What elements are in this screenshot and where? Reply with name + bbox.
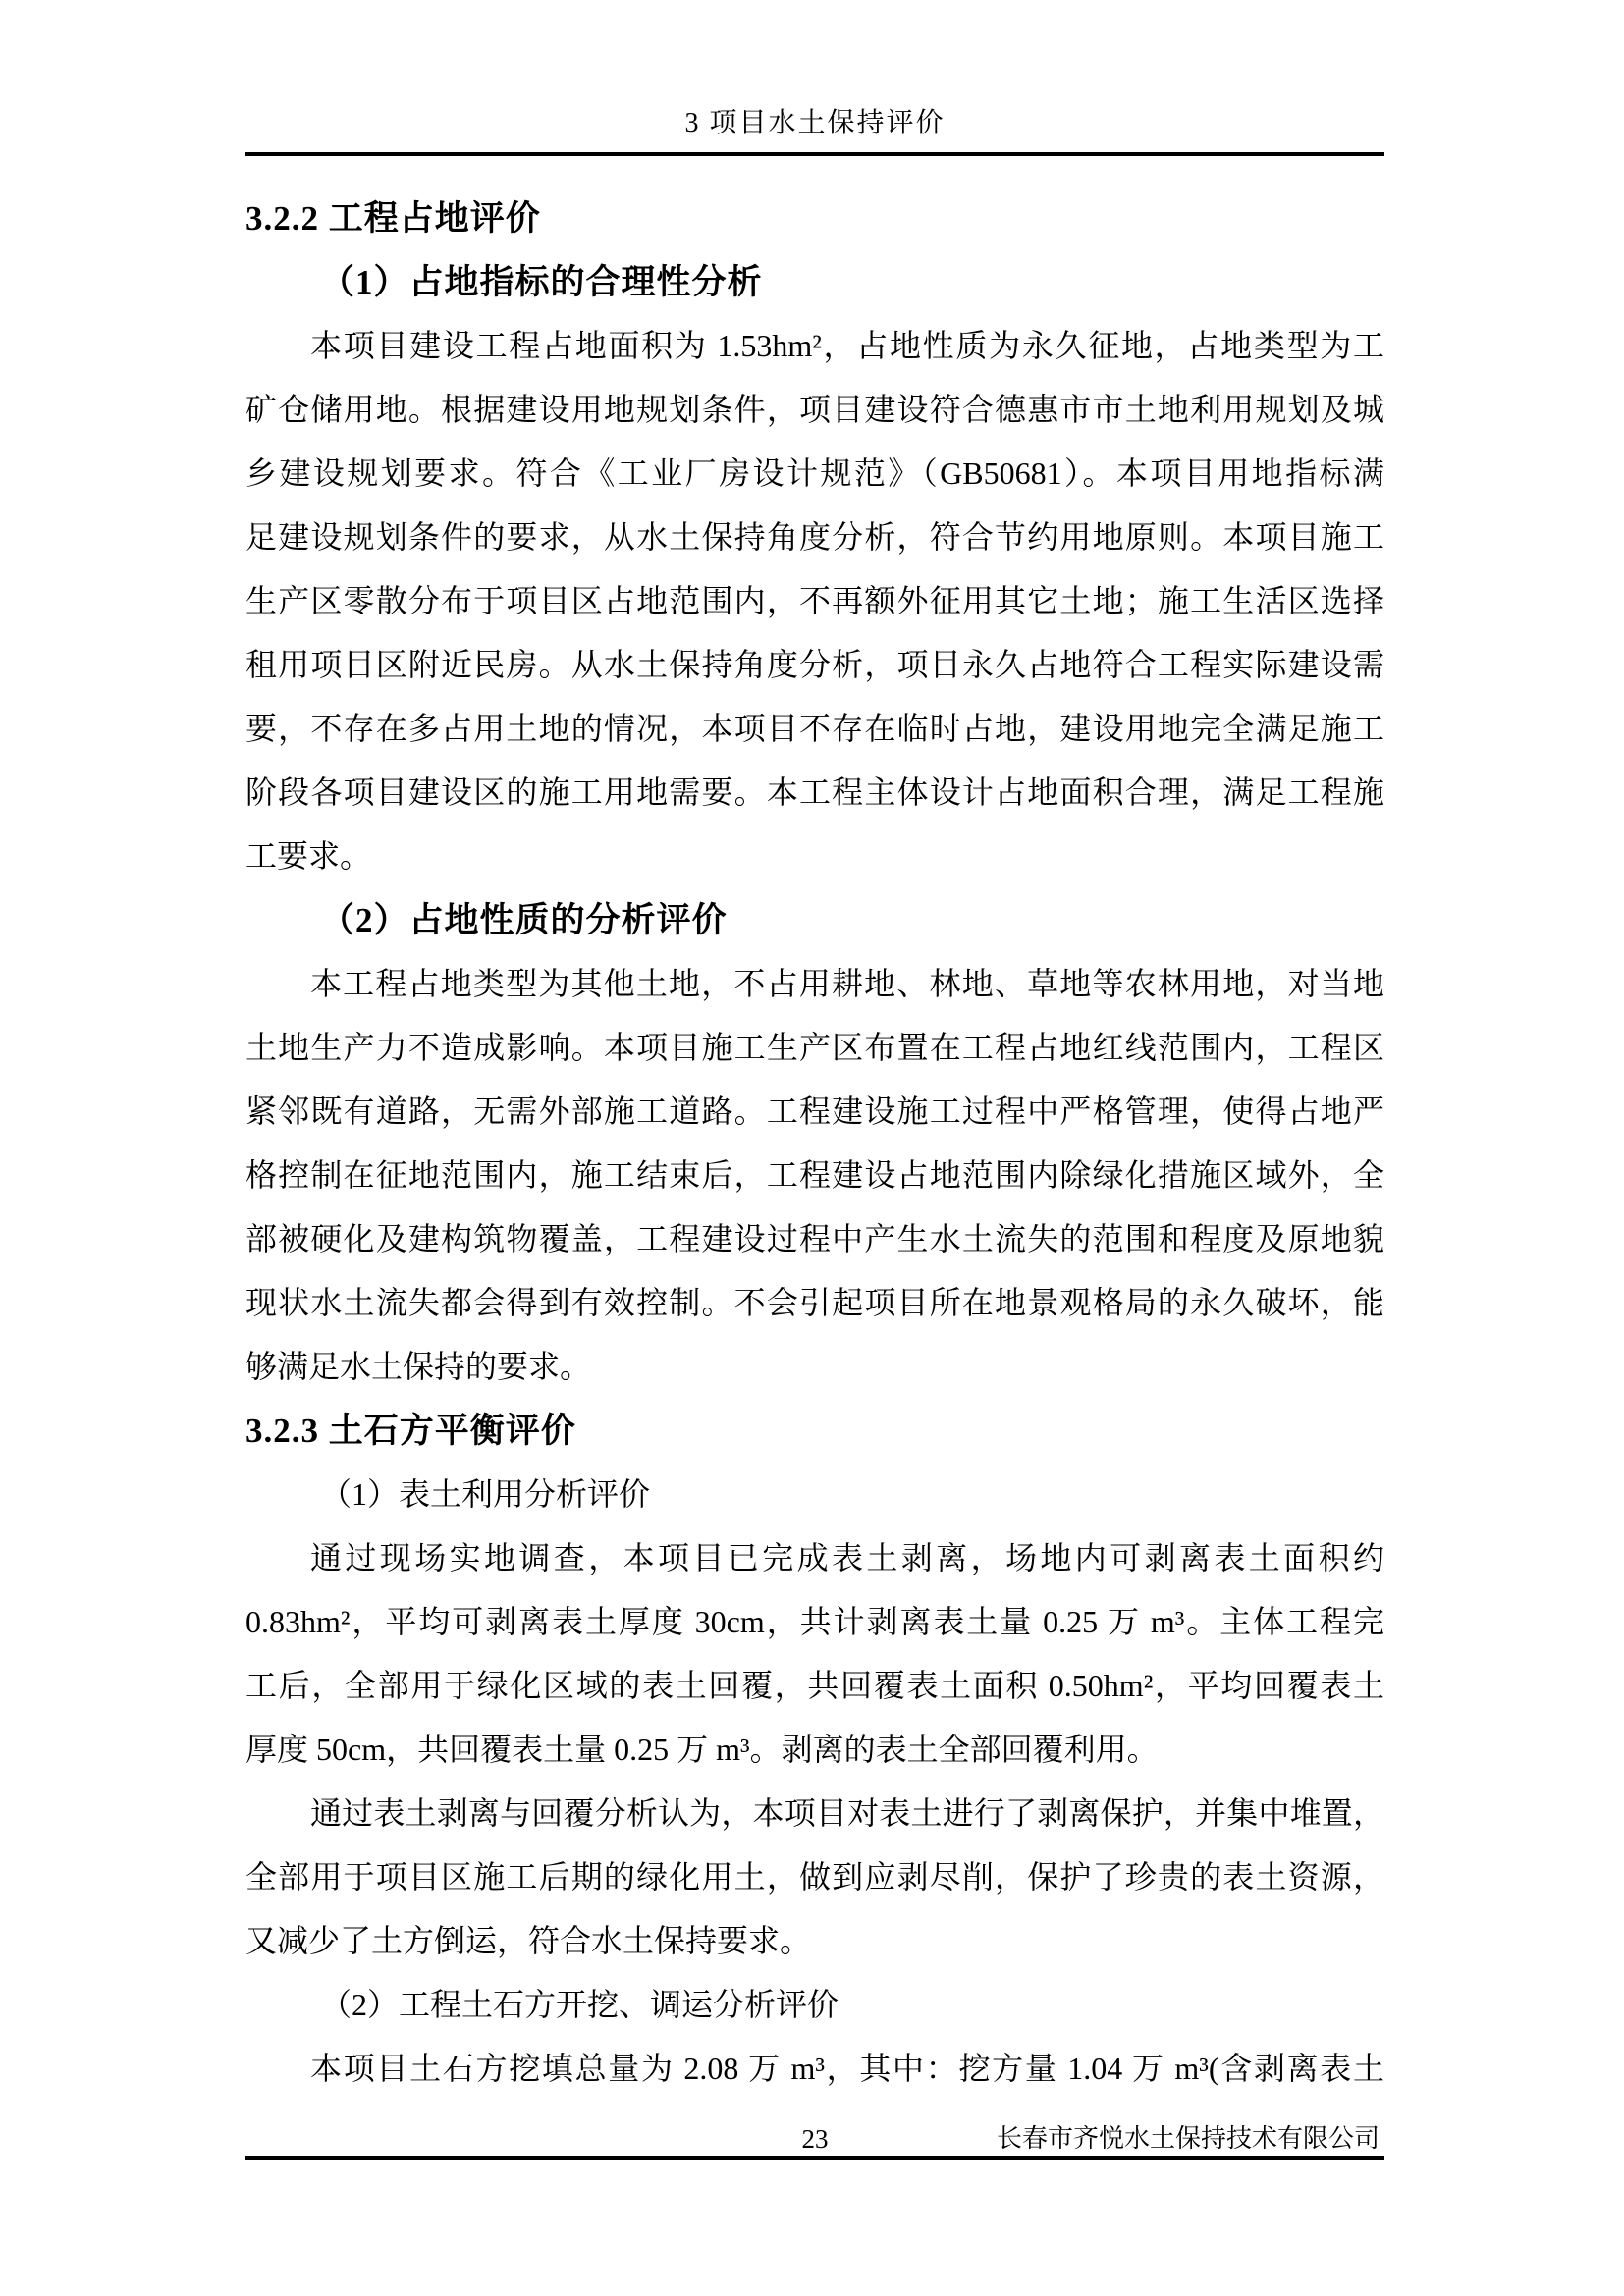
body-line: 工要求。	[245, 825, 1384, 888]
body-line: 全部用于项目区施工后期的绿化用土，做到应剥尽削，保护了珍贵的表土资源，	[245, 1845, 1384, 1909]
page-body: 3.2.2 工程占地评价 （1）占地指标的合理性分析 本项目建设工程占地面积为 …	[245, 187, 1384, 2101]
body-line: 0.83hm²，平均可剥离表土厚度 30cm，共计剥离表土量 0.25 万 m³…	[245, 1590, 1384, 1654]
body-line: 格控制在征地范围内，施工结束后，工程建设占地范围内除绿化措施区域外，全	[245, 1144, 1384, 1207]
running-header-title: 3 项目水土保持评价	[245, 104, 1384, 143]
subsection-heading: （1）表土利用分析评价	[245, 1463, 1384, 1526]
subsection-heading: （1）占地指标的合理性分析	[245, 250, 1384, 314]
body-line: 通过表土剥离与回覆分析认为，本项目对表土进行了剥离保护，并集中堆置，	[245, 1782, 1384, 1845]
body-line: 矿仓储用地。根据建设用地规划条件，项目建设符合德惠市市土地利用规划及城	[245, 378, 1384, 442]
body-line: 土地生产力不造成影响。本项目施工生产区布置在工程占地红线范围内，工程区	[245, 1016, 1384, 1080]
body-line: 足建设规划条件的要求，从水土保持角度分析，符合节约用地原则。本项目施工	[245, 506, 1384, 569]
body-line: 本项目建设工程占地面积为 1.53hm²，占地性质为永久征地，占地类型为工	[245, 314, 1384, 378]
body-line: 紧邻既有道路，无需外部施工道路。工程建设施工过程中严格管理，使得占地严	[245, 1080, 1384, 1144]
body-line: 厚度 50cm，共回覆表土量 0.25 万 m³。剥离的表土全部回覆利用。	[245, 1718, 1384, 1782]
document-page: 3 项目水土保持评价 3.2.2 工程占地评价 （1）占地指标的合理性分析 本项…	[0, 0, 1624, 2296]
body-line: 要，不存在多占用土地的情况，本项目不存在临时占地，建设用地完全满足施工	[245, 697, 1384, 761]
subsection-heading: （2）占地性质的分析评价	[245, 888, 1384, 952]
subsection-heading: （2）工程土石方开挖、调运分析评价	[245, 1973, 1384, 2037]
body-line: 又减少了土方倒运，符合水土保持要求。	[245, 1909, 1384, 1973]
body-line: 现状水土流失都会得到有效控制。不会引起项目所在地景观格局的永久破坏，能	[245, 1271, 1384, 1335]
footer-divider	[245, 2156, 1384, 2160]
body-line: 乡建设规划要求。符合《工业厂房设计规范》（GB50681）。本项目用地指标满	[245, 442, 1384, 506]
body-line: 阶段各项目建设区的施工用地需要。本工程主体设计占地面积合理，满足工程施	[245, 761, 1384, 825]
body-line: 部被硬化及建构筑物覆盖，工程建设过程中产生水土流失的范围和程度及原地貌	[245, 1207, 1384, 1271]
footer-company: 长春市齐悦水土保持技术有限公司	[997, 2122, 1380, 2156]
body-line: 租用项目区附近民房。从水土保持角度分析，项目永久占地符合工程实际建设需	[245, 633, 1384, 697]
body-line: 本工程占地类型为其他土地，不占用耕地、林地、草地等农林用地，对当地	[245, 952, 1384, 1016]
body-line: 生产区零散分布于项目区占地范围内，不再额外征用其它土地；施工生活区选择	[245, 569, 1384, 633]
body-line: 通过现场实地调查，本项目已完成表土剥离，场地内可剥离表土面积约	[245, 1526, 1384, 1590]
header-divider	[245, 152, 1384, 156]
body-line: 工后，全部用于绿化区域的表土回覆，共回覆表土面积 0.50hm²，平均回覆表土	[245, 1654, 1384, 1718]
section-heading: 3.2.3 土石方平衡评价	[245, 1399, 1384, 1463]
body-line: 本项目土石方挖填总量为 2.08 万 m³，其中：挖方量 1.04 万 m³(含…	[245, 2037, 1384, 2101]
body-line: 够满足水土保持的要求。	[245, 1335, 1384, 1399]
section-heading: 3.2.2 工程占地评价	[245, 187, 1384, 250]
